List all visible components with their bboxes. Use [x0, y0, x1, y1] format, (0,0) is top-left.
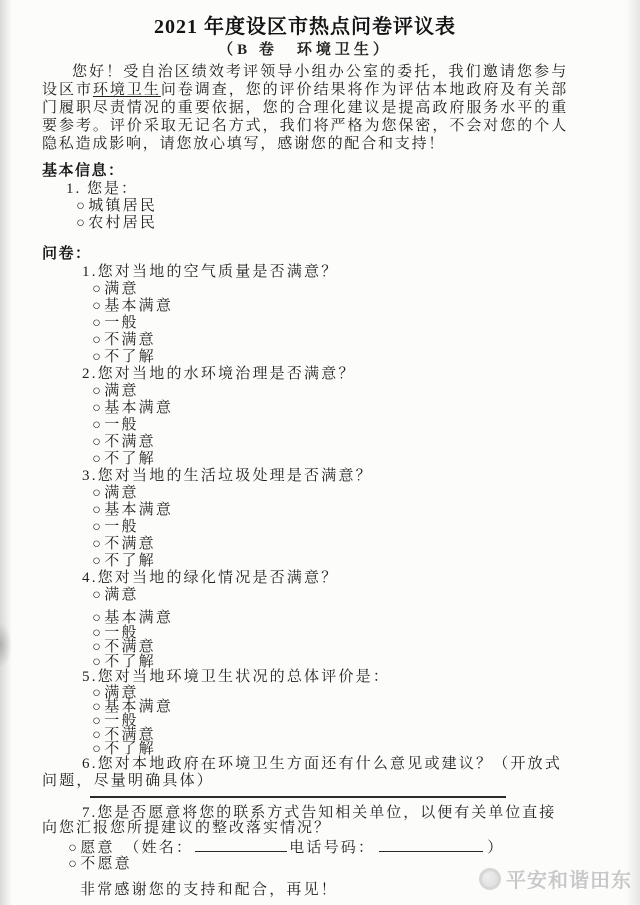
- watermark: 平安和谐田东: [479, 864, 632, 893]
- radio-option: ○不满意: [92, 536, 568, 553]
- page-content: 2021 年度设区市热点问卷评议表 （B 卷 环境卫生） 您好！受自治区绩效考评…: [0, 0, 640, 905]
- radio-option-label: 一般: [104, 315, 138, 331]
- radio-option-label: 不了解: [104, 553, 156, 569]
- radio-option: ○不满意: [92, 640, 568, 655]
- question-options: ○满意○基本满意○一般○不满意○不了解: [92, 686, 568, 756]
- basic-info-section: 基本信息： 1. 您是： ○城镇居民 ○农村居民: [42, 162, 568, 231]
- radio-circle-icon: ○: [92, 417, 103, 433]
- radio-option-label: 满意: [104, 587, 138, 603]
- radio-option: ○一般: [92, 714, 568, 728]
- survey-question-block: 2.您对当地的水环境治理是否满意？ ○满意○基本满意○一般○不满意○不了解: [42, 366, 568, 468]
- radio-option-label: 不满意: [104, 434, 156, 450]
- radio-option: ○一般: [92, 417, 568, 434]
- intro-paragraph: 您好！受自治区绩效考评领导小组办公室的委托，我们邀请您参与设区市环境卫生问卷调查…: [42, 63, 568, 153]
- question-text: 7.您是否愿意将您的联系方式告知相关单位，以便有关单位直接向您汇报您所提建议的整…: [42, 806, 568, 836]
- radio-circle-icon: ○: [92, 332, 103, 348]
- radio-option: ○城镇居民: [76, 198, 568, 215]
- question-number: 2.: [82, 366, 98, 382]
- radio-option: ○基本满意: [92, 611, 568, 626]
- radio-circle-icon: ○: [92, 485, 103, 501]
- radio-option: ○满意: [92, 686, 568, 700]
- question-text: 您是：: [87, 181, 138, 197]
- page-subtitle: （B 卷 环境卫生）: [42, 40, 568, 60]
- radio-circle-icon: ○: [92, 714, 103, 727]
- radio-circle-icon: ○: [76, 198, 87, 214]
- open-question-block: 6.您对本地政府在环境卫生方面还有什么意见或建议？（开放式问题，尽量明确具体）: [42, 756, 568, 798]
- question-options: ○满意○基本满意○一般○不满意○不了解: [92, 485, 568, 570]
- name-field-label: （姓名：: [132, 840, 193, 856]
- question-text: 1.您对当地的空气质量是否满意？: [42, 264, 568, 281]
- radio-option: ○满意: [92, 281, 568, 298]
- survey-question-block: 3.您对当地的生活垃圾处理是否满意？ ○满意○基本满意○一般○不满意○不了解: [42, 468, 568, 570]
- radio-option: ○基本满意: [92, 700, 568, 714]
- basic-info-heading: 基本信息：: [42, 162, 568, 181]
- radio-option: ○农村居民: [76, 215, 568, 232]
- scanned-questionnaire-page: 2021 年度设区市热点问卷评议表 （B 卷 环境卫生） 您好！受自治区绩效考评…: [0, 0, 640, 905]
- survey-heading: 问卷：: [42, 245, 568, 264]
- radio-option: ○满意: [92, 587, 568, 604]
- radio-option-label: 不了解: [104, 349, 156, 365]
- radio-option: ○不了解: [92, 742, 568, 756]
- radio-option-label: 基本满意: [104, 298, 173, 314]
- radio-option: ○基本满意: [92, 400, 568, 417]
- radio-option: ○一般: [92, 626, 568, 641]
- question-number: 1.: [66, 181, 81, 197]
- radio-option: ○一般: [92, 519, 568, 536]
- radio-option-label: 满意: [104, 485, 138, 501]
- radio-option-label: 城镇居民: [88, 198, 157, 214]
- question-options: ○满意○基本满意○一般○不满意○不了解: [92, 383, 568, 468]
- radio-option: ○不了解: [92, 451, 568, 468]
- radio-option: ○满意: [92, 485, 568, 502]
- radio-circle-icon: ○: [76, 215, 87, 231]
- answer-blank-line: [90, 796, 506, 798]
- radio-option-label: 一般: [104, 417, 138, 433]
- survey-question-block: 1.您对当地的空气质量是否满意？ ○满意○基本满意○一般○不满意○不了解: [42, 264, 568, 366]
- question-number: 3.: [82, 468, 98, 484]
- question-text: 5.您对当地环境卫生状况的总体评价是：: [42, 669, 568, 686]
- radio-circle-icon: ○: [92, 611, 103, 625]
- radio-circle-icon: ○: [92, 655, 103, 669]
- radio-circle-icon: ○: [68, 857, 79, 872]
- radio-circle-icon: ○: [92, 626, 103, 640]
- name-blank-field: [195, 838, 287, 852]
- question-text: 4.您对当地的绿化情况是否满意？: [42, 570, 568, 587]
- phone-blank-field: [379, 838, 483, 852]
- radio-circle-icon: ○: [92, 728, 103, 741]
- radio-option-label: 农村居民: [88, 215, 157, 231]
- watermark-logo-icon: [479, 868, 501, 890]
- radio-option: ○不满意: [92, 332, 568, 349]
- radio-circle-icon: ○: [92, 686, 103, 699]
- radio-option: ○不了解: [92, 655, 568, 670]
- radio-circle-icon: ○: [92, 742, 103, 755]
- radio-option: ○一般: [92, 315, 568, 332]
- radio-option-willing: ○愿意 （姓名：电话号码：）: [68, 838, 568, 857]
- radio-option-label: 不了解: [104, 741, 156, 757]
- radio-circle-icon: ○: [92, 587, 103, 603]
- question-number: 7.: [82, 805, 97, 821]
- question-number: 4.: [82, 570, 98, 586]
- radio-circle-icon: ○: [92, 519, 103, 535]
- radio-circle-icon: ○: [92, 536, 103, 552]
- radio-option-label: 不了解: [104, 451, 156, 467]
- radio-option: ○基本满意: [92, 298, 568, 315]
- radio-option: ○不了解: [92, 553, 568, 570]
- radio-option: ○基本满意: [92, 502, 568, 519]
- survey-section: 问卷： 1.您对当地的空气质量是否满意？ ○满意○基本满意○一般○不满意○不了解…: [42, 245, 568, 899]
- question-number: 5.: [82, 669, 98, 685]
- radio-option-label: 基本满意: [104, 502, 173, 518]
- radio-option-label: 不了解: [104, 654, 156, 670]
- survey-question-block: 5.您对当地环境卫生状况的总体评价是： ○满意○基本满意○一般○不满意○不了解: [42, 669, 568, 756]
- phone-field-label: 电话号码：: [289, 840, 375, 856]
- basic-info-options: ○城镇居民 ○农村居民: [76, 198, 568, 231]
- radio-circle-icon: ○: [92, 640, 103, 654]
- question-number: 1.: [82, 264, 98, 280]
- radio-circle-icon: ○: [92, 434, 103, 450]
- radio-option-label: 满意: [104, 383, 138, 399]
- radio-circle-icon: ○: [92, 400, 103, 416]
- watermark-text: 平安和谐田东: [506, 864, 632, 893]
- radio-option: ○不满意: [92, 434, 568, 451]
- intro-underlined-term: 环境卫生: [93, 82, 161, 98]
- question-text: 3.您对当地的生活垃圾处理是否满意？: [42, 468, 568, 485]
- basic-info-question: 1. 您是：: [42, 181, 568, 198]
- radio-option: ○不了解: [92, 349, 568, 366]
- radio-option-label: 不满意: [104, 332, 156, 348]
- radio-option-label: 满意: [104, 281, 138, 297]
- radio-option-label: 基本满意: [104, 400, 173, 416]
- radio-circle-icon: ○: [92, 451, 103, 467]
- survey-questions: 1.您对当地的空气质量是否满意？ ○满意○基本满意○一般○不满意○不了解 2.您…: [42, 264, 568, 756]
- page-title: 2021 年度设区市热点问卷评议表: [42, 10, 568, 40]
- radio-circle-icon: ○: [92, 383, 103, 399]
- question-options: ○满意○基本满意○一般○不满意○不了解: [92, 587, 568, 669]
- radio-option-label: 不愿意: [80, 856, 132, 872]
- question-options: ○满意○基本满意○一般○不满意○不了解: [92, 281, 568, 366]
- radio-option-label: 愿意: [80, 840, 114, 856]
- paren-close: ）: [487, 840, 504, 856]
- radio-circle-icon: ○: [92, 281, 103, 297]
- radio-circle-icon: ○: [92, 315, 103, 331]
- radio-circle-icon: ○: [68, 841, 79, 856]
- radio-circle-icon: ○: [92, 700, 103, 713]
- survey-question-block: 4.您对当地的绿化情况是否满意？ ○满意○基本满意○一般○不满意○不了解: [42, 570, 568, 669]
- contact-question-block: 7.您是否愿意将您的联系方式告知相关单位，以便有关单位直接向您汇报您所提建议的整…: [42, 806, 568, 872]
- radio-option-label: 一般: [104, 519, 138, 535]
- radio-circle-icon: ○: [92, 298, 103, 314]
- radio-option-label: 不满意: [104, 536, 156, 552]
- radio-circle-icon: ○: [92, 349, 103, 365]
- question-number: 6.: [82, 756, 98, 772]
- radio-option: ○不满意: [92, 728, 568, 742]
- radio-circle-icon: ○: [92, 502, 103, 518]
- question-text: 2.您对当地的水环境治理是否满意？: [42, 366, 568, 383]
- radio-option: ○满意: [92, 383, 568, 400]
- radio-circle-icon: ○: [92, 553, 103, 569]
- question-text: 6.您对本地政府在环境卫生方面还有什么意见或建议？（开放式问题，尽量明确具体）: [42, 756, 568, 789]
